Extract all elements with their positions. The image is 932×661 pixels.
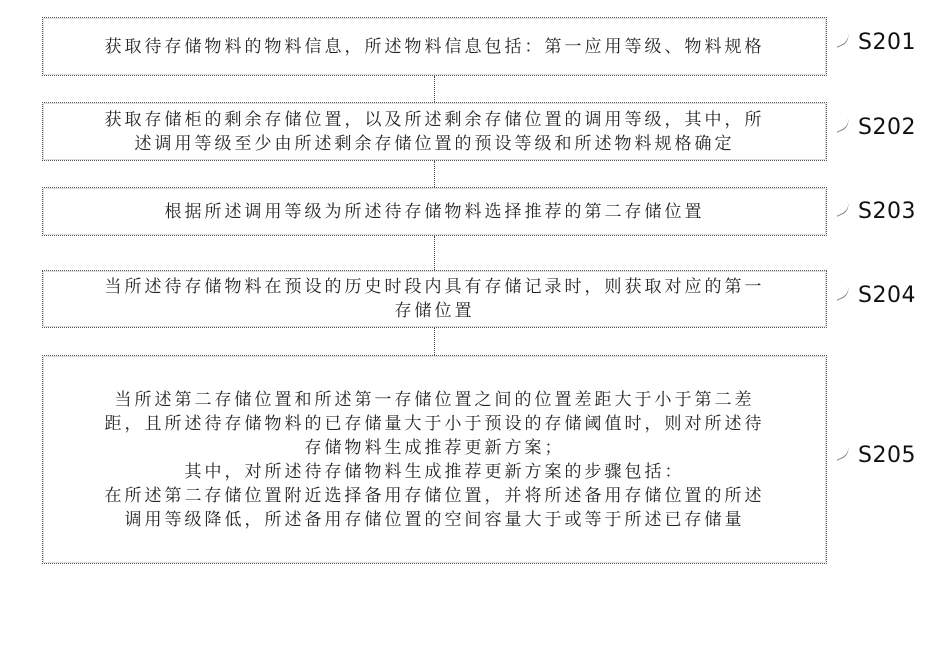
connector-s201-s202 <box>434 76 435 102</box>
step-text-s205-line-3: 存储物料生成推荐更新方案； <box>50 436 820 460</box>
step-text-s205-line-2: 距，且所述待存储物料的已存储量大于小于预设的存储阈值时，则对所述待 <box>50 412 820 436</box>
step-box-s203: 根据所述调用等级为所述待存储物料选择推荐的第二存储位置 <box>42 187 827 236</box>
step-text-s205-line-6: 调用等级降低，所述备用存储位置的空间容量大于或等于所述已存储量 <box>50 508 820 532</box>
step-text-s205: 当所述第二存储位置和所述第一存储位置之间的位置差距大于小于第二差 距，且所述待存… <box>50 388 820 532</box>
connector-s203-s204 <box>434 236 435 270</box>
connector-s202-s203 <box>434 161 435 187</box>
step-text-s204: 当所述待存储物料在预设的历史时段内具有存储记录时，则获取对应的第一 存储位置 <box>105 275 765 323</box>
step-label-s205: S205 <box>858 443 916 468</box>
step-box-s205: 当所述第二存储位置和所述第一存储位置之间的位置差距大于小于第二差 距，且所述待存… <box>42 355 827 564</box>
leader-line-s201 <box>832 31 851 48</box>
connector-s204-s205 <box>434 328 435 355</box>
step-label-s201: S201 <box>858 30 916 55</box>
step-box-s201: 获取待存储物料的物料信息，所述物料信息包括：第一应用等级、物料规格 <box>42 17 827 76</box>
step-text-s203: 根据所述调用等级为所述待存储物料选择推荐的第二存储位置 <box>165 200 705 224</box>
step-box-s202: 获取存储柜的剩余存储位置，以及所述剩余存储位置的调用等级，其中，所 述调用等级至… <box>42 102 827 161</box>
step-text-s201: 获取待存储物料的物料信息，所述物料信息包括：第一应用等级、物料规格 <box>105 35 765 59</box>
leader-line-s203 <box>832 200 851 217</box>
step-label-s204: S204 <box>858 283 916 308</box>
step-box-s204: 当所述待存储物料在预设的历史时段内具有存储记录时，则获取对应的第一 存储位置 <box>42 270 827 328</box>
step-text-s205-line-4: 其中，对所述待存储物料生成推荐更新方案的步骤包括： <box>50 460 820 484</box>
step-label-s203: S203 <box>858 199 916 224</box>
leader-line-s204 <box>832 284 851 301</box>
step-text-s202: 获取存储柜的剩余存储位置，以及所述剩余存储位置的调用等级，其中，所 述调用等级至… <box>105 108 765 156</box>
step-label-s202: S202 <box>858 115 916 140</box>
step-text-s205-line-1: 当所述第二存储位置和所述第一存储位置之间的位置差距大于小于第二差 <box>50 388 820 412</box>
step-text-s205-line-5: 在所述第二存储位置附近选择备用存储位置，并将所述备用存储位置的所述 <box>50 484 820 508</box>
leader-line-s205 <box>832 444 851 461</box>
leader-line-s202 <box>832 116 851 133</box>
